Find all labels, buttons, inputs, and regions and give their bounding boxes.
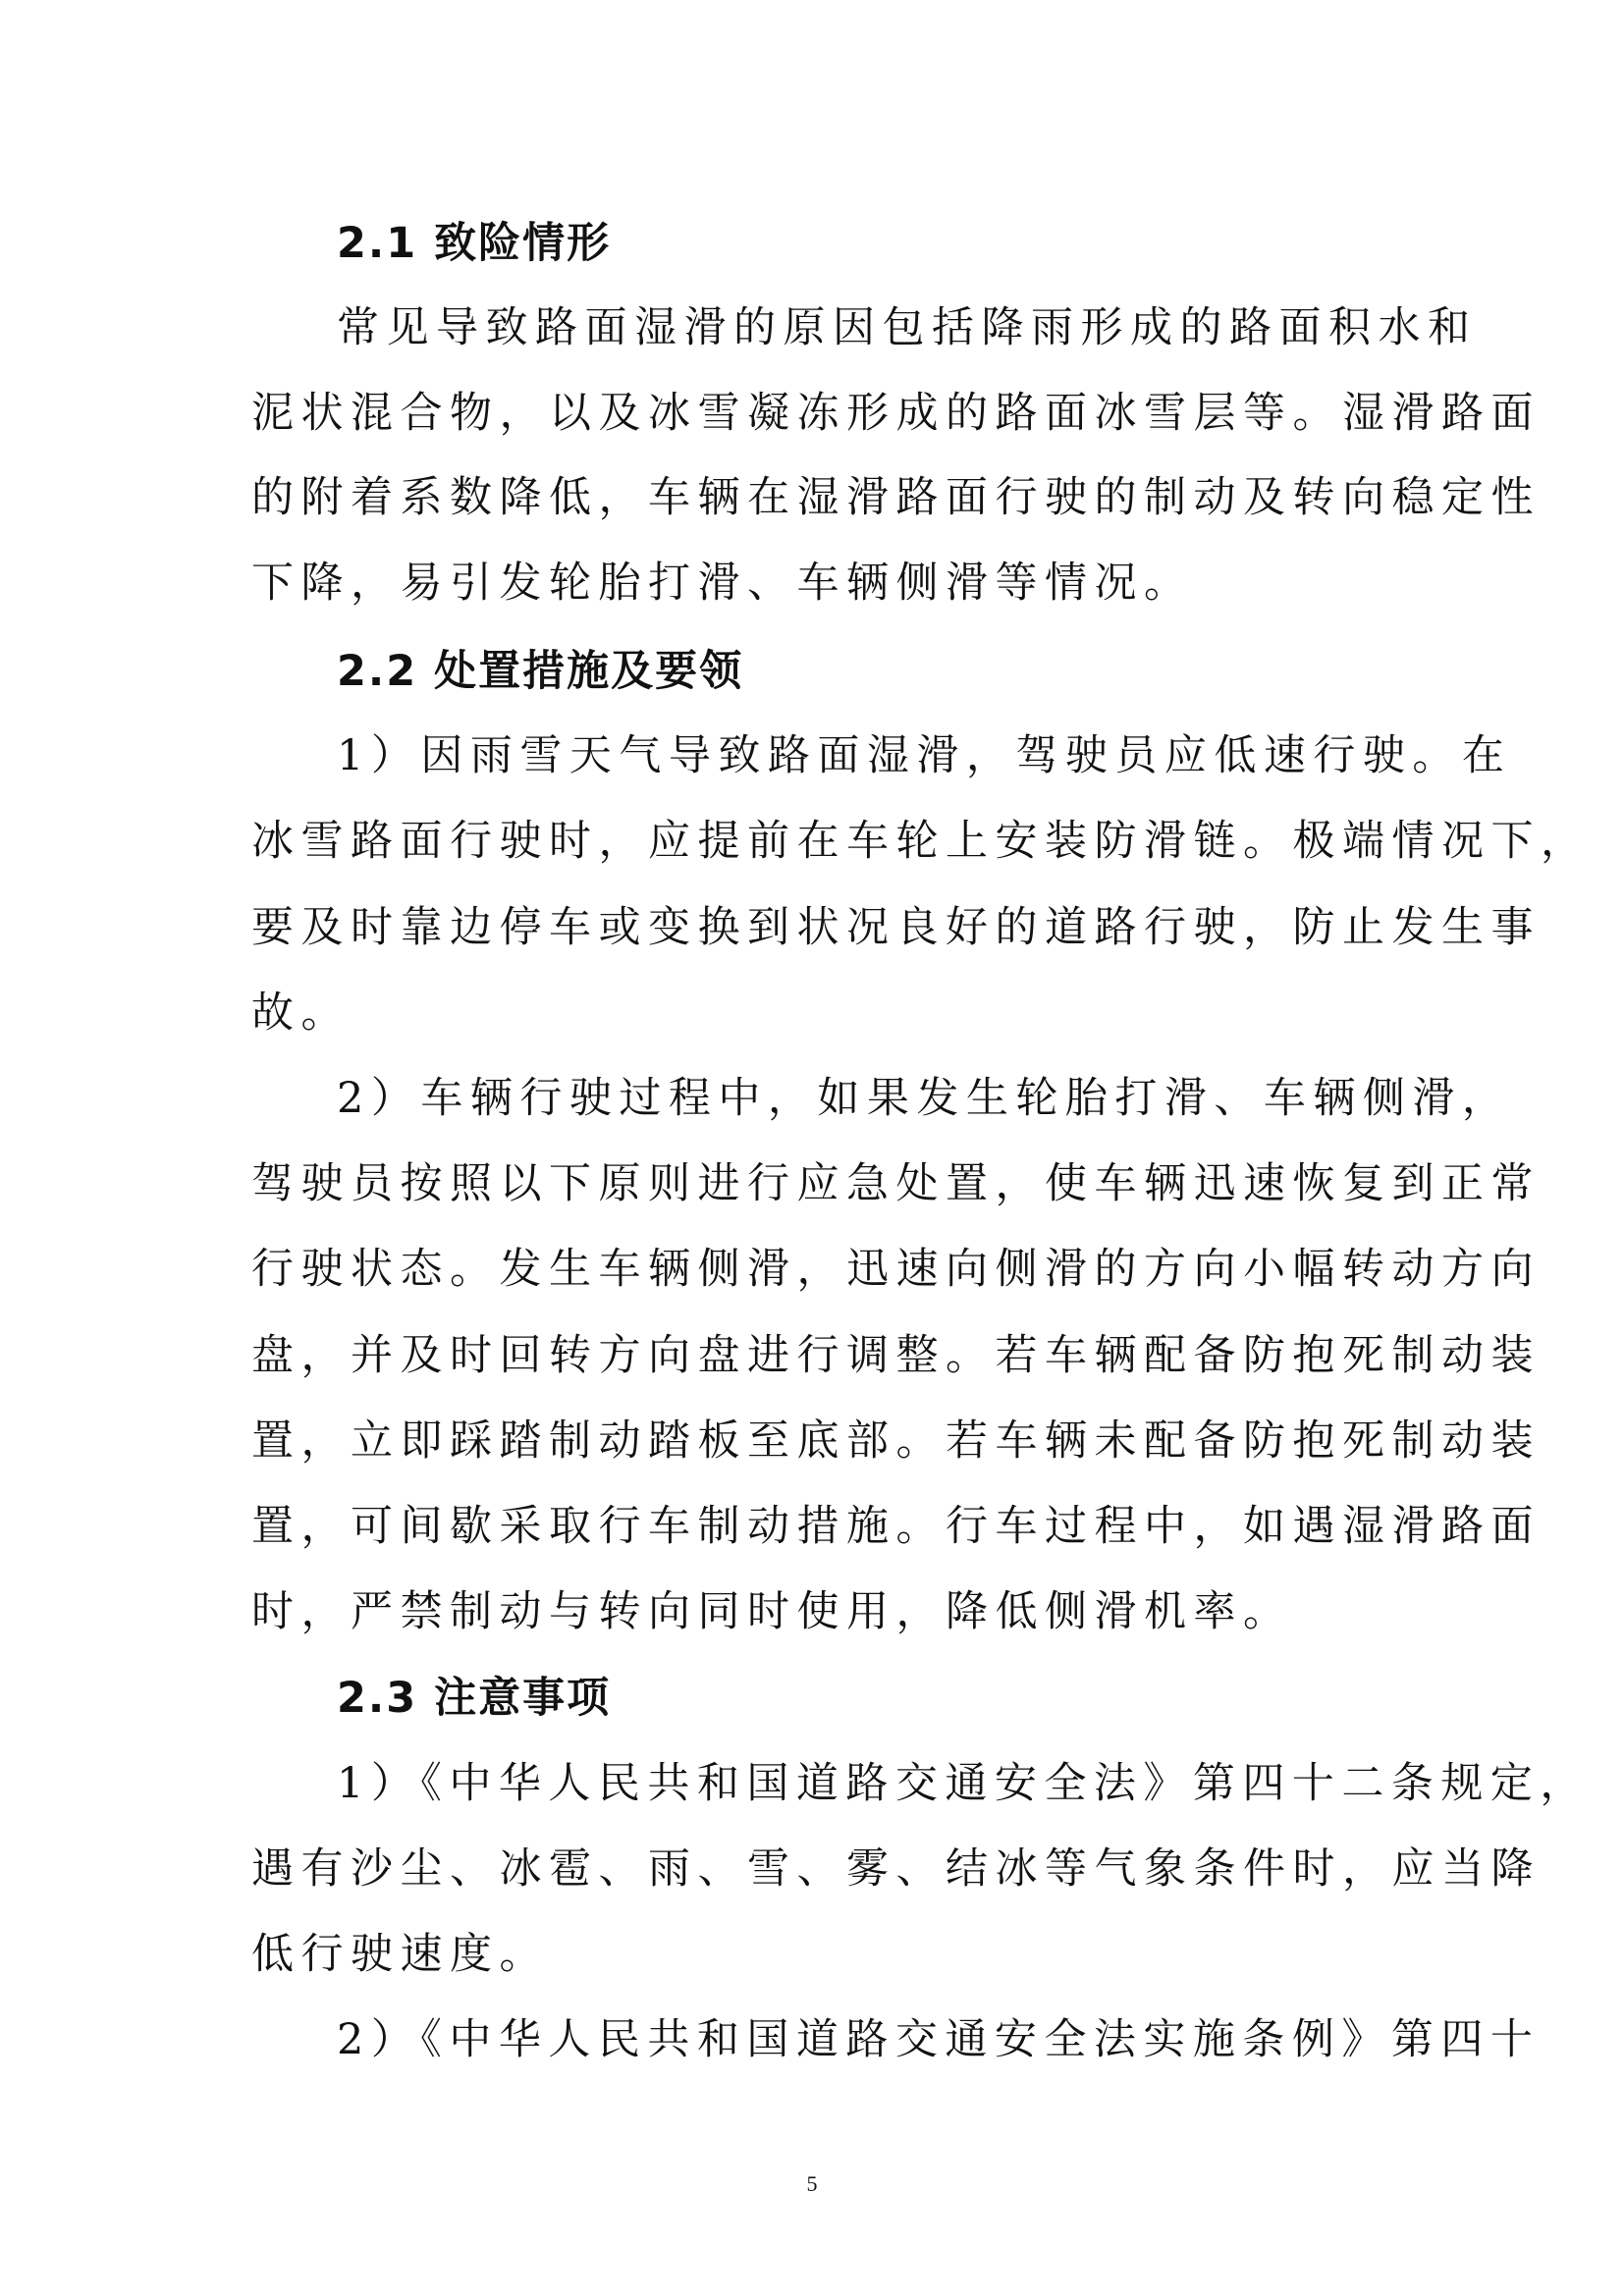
paragraph-line: 低行驶速度。 (251, 1925, 1390, 1984)
section-heading-2-2: 2.2 处置措施及要领 (337, 642, 743, 701)
paragraph-line: 泥状混合物，以及冰雪凝冻形成的路面冰雪层等。湿滑路面 (251, 384, 1390, 443)
paragraph-line: 下降，易引发轮胎打滑、车辆侧滑等情况。 (251, 554, 1390, 613)
paragraph-line: 遇有沙尘、冰雹、雨、雪、雾、结冰等气象条件时，应当降 (251, 1840, 1390, 1898)
paragraph-line: 常见导致路面湿滑的原因包括降雨形成的路面积水和 (337, 298, 1390, 357)
paragraph-line: 时，严禁制动与转向同时使用，降低侧滑机率。 (251, 1582, 1390, 1641)
paragraph-line: 盘，并及时回转方向盘进行调整。若车辆配备防抱死制动装 (251, 1326, 1390, 1385)
page-number: 5 (0, 2171, 1624, 2197)
paragraph-line: 的附着系数降低，车辆在湿滑路面行驶的制动及转向稳定性 (251, 468, 1390, 527)
paragraph-line: 置，立即踩踏制动踏板至底部。若车辆未配备防抱死制动装 (251, 1412, 1390, 1470)
paragraph-line: 故。 (251, 984, 1390, 1042)
paragraph-line: 行驶状态。发生车辆侧滑，迅速向侧滑的方向小幅转动方向 (251, 1240, 1390, 1299)
paragraph-line: 2）车辆行驶过程中，如果发生轮胎打滑、车辆侧滑， (337, 1069, 1390, 1128)
paragraph-line: 1）《中华人民共和国道路交通安全法》第四十二条规定， (337, 1754, 1390, 1813)
paragraph-line: 驾驶员按照以下原则进行应急处置，使车辆迅速恢复到正常 (251, 1154, 1390, 1213)
paragraph-line: 要及时靠边停车或变换到状况良好的道路行驶，防止发生事 (251, 898, 1390, 957)
section-heading-2-3: 2.3 注意事项 (337, 1669, 611, 1728)
paragraph-line: 置，可间歇采取行车制动措施。行车过程中，如遇湿滑路面 (251, 1497, 1390, 1556)
paragraph-line: 2）《中华人民共和国道路交通安全法实施条例》第四十 (337, 2010, 1390, 2069)
paragraph-line: 1）因雨雪天气导致路面湿滑，驾驶员应低速行驶。在 (337, 726, 1390, 785)
paragraph-line: 冰雪路面行驶时，应提前在车轮上安装防滑链。极端情况下， (251, 812, 1390, 871)
section-heading-2-1: 2.1 致险情形 (337, 214, 611, 273)
